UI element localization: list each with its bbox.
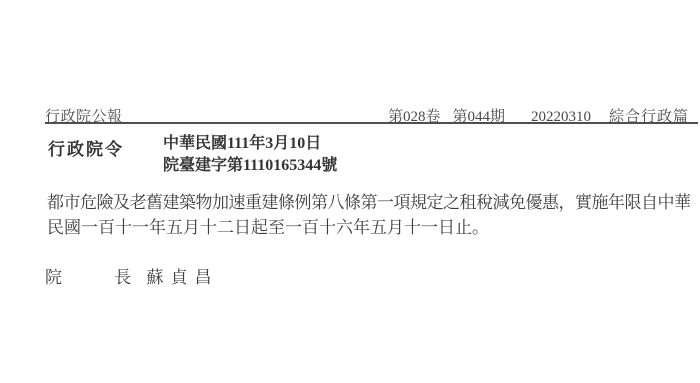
decree-text-line-2: 民國一百十一年五月十二日起至一百十六年五月十一日止。: [47, 215, 697, 240]
signature-name: 蘇貞昌: [147, 263, 219, 288]
order-heading: 行政院令: [48, 135, 124, 160]
order-meta: 中華民國111年3月10日 院臺建字第1110165344號: [163, 133, 337, 177]
signature-title-second-char: 長: [114, 263, 131, 288]
order-date: 中華民國111年3月10日: [163, 133, 337, 155]
gazette-page: 行政院公報 第028卷 第044期 20220310 綜合行政篇 行政院令 中華…: [0, 0, 700, 383]
decree-text-line-1: 都市危險及老舊建築物加速重建條例第八條第一項規定之租稅減免優惠，實施年限自中華: [47, 190, 697, 215]
signature-title-first-char: 院: [45, 263, 62, 288]
order-reference-number: 院臺建字第1110165344號: [163, 155, 337, 177]
decree-paragraph: 都市危險及老舊建築物加速重建條例第八條第一項規定之租稅減免優惠，實施年限自中華 …: [47, 190, 697, 240]
header-divider: [45, 122, 698, 124]
signature-row: 院 長 蘇貞昌: [45, 263, 219, 288]
